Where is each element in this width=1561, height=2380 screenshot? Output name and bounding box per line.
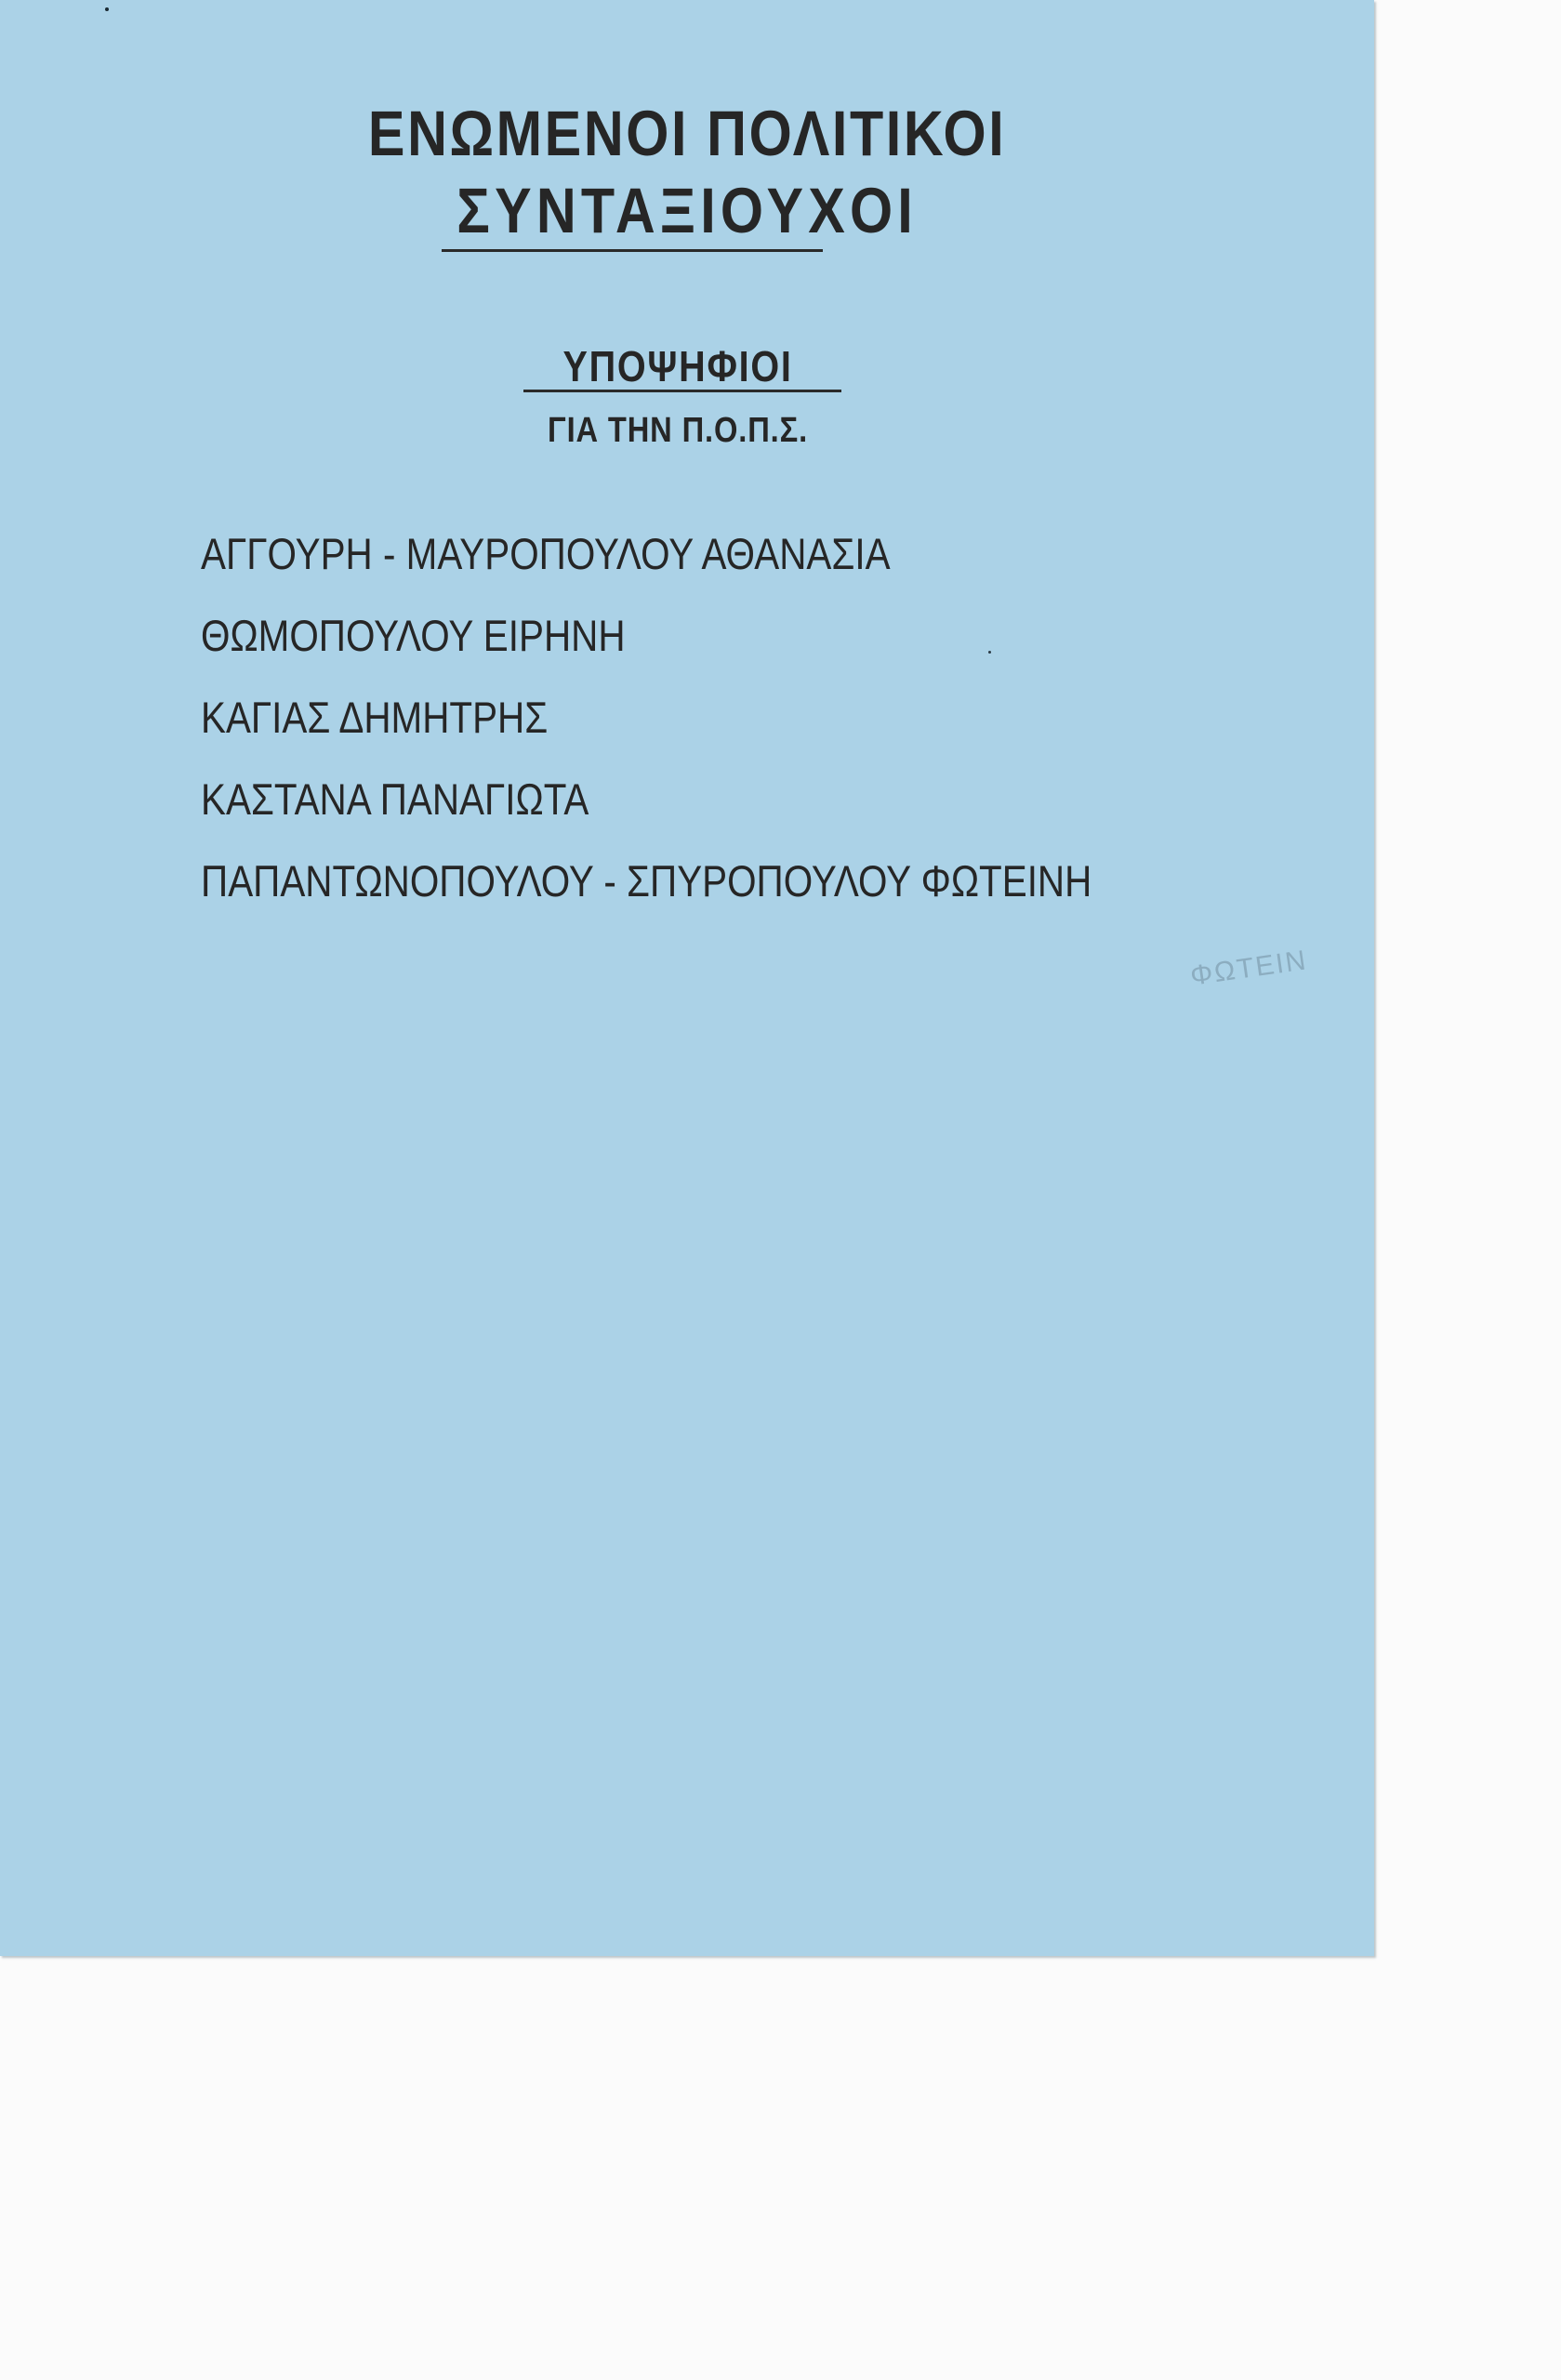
title-underline [442,249,823,252]
candidates-heading: ΥΠΟΨΗΦΙΟΙ [87,345,1269,388]
candidate-name: ΑΓΓΟΥΡΗ - ΜΑΥΡΟΠΟΥΛΟΥ ΑΘΑΝΑΣΙΑ [201,513,1091,595]
ink-speck [105,7,109,11]
party-name-line-1: ΕΝΩΜΕΝΟΙ ΠΟΛΙΤΙΚΟΙ [97,101,1278,165]
candidate-name: ΚΑΣΤΑΝΑ ΠΑΝΑΓΙΩΤΑ [201,759,1091,840]
party-name-line-2: ΣΥΝΤΑΞΙΟΥΧΟΙ [97,178,1278,243]
bleed-through-text: ΦΩΤΕΙΝ [1188,945,1309,992]
candidate-list: ΑΓΓΟΥΡΗ - ΜΑΥΡΟΠΟΥΛΟΥ ΑΘΑΝΑΣΙΑ ΘΩΜΟΠΟΥΛΟ… [201,513,1237,922]
heading-underline [523,390,841,392]
candidate-name: ΚΑΓΙΑΣ ΔΗΜΗΤΡΗΣ [201,677,1091,759]
candidate-name: ΘΩΜΟΠΟΥΛΟΥ ΕΙΡΗΝΗ [201,595,1091,677]
ballot-sheet: ΕΝΩΜΕΝΟΙ ΠΟΛΙΤΙΚΟΙ ΣΥΝΤΑΞΙΟΥΧΟΙ ΥΠΟΨΗΦΙΟ… [0,0,1374,1956]
election-body-subheading: ΓΙΑ ΤΗΝ Π.Ο.Π.Σ. [87,413,1269,448]
candidate-name: ΠΑΠΑΝΤΩΝΟΠΟΥΛΟΥ - ΣΠΥΡΟΠΟΥΛΟΥ ΦΩΤΕΙΝΗ [201,840,1091,922]
